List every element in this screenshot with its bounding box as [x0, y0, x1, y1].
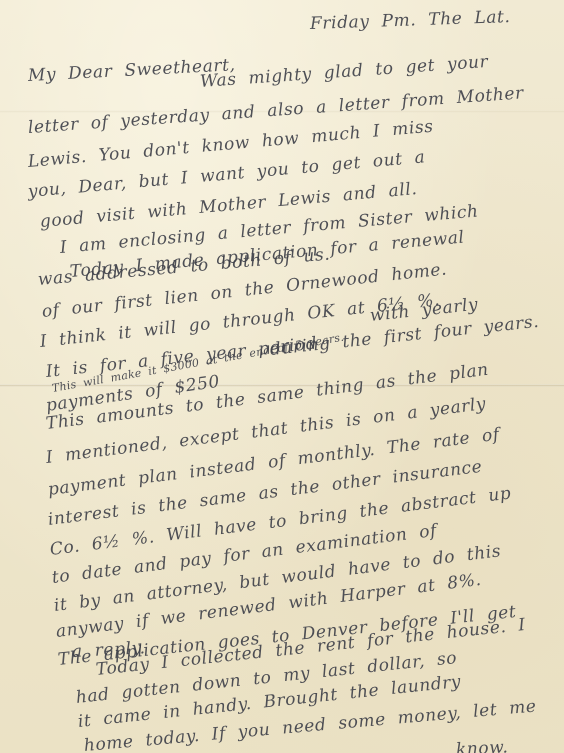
letter-line: know.	[455, 737, 508, 753]
